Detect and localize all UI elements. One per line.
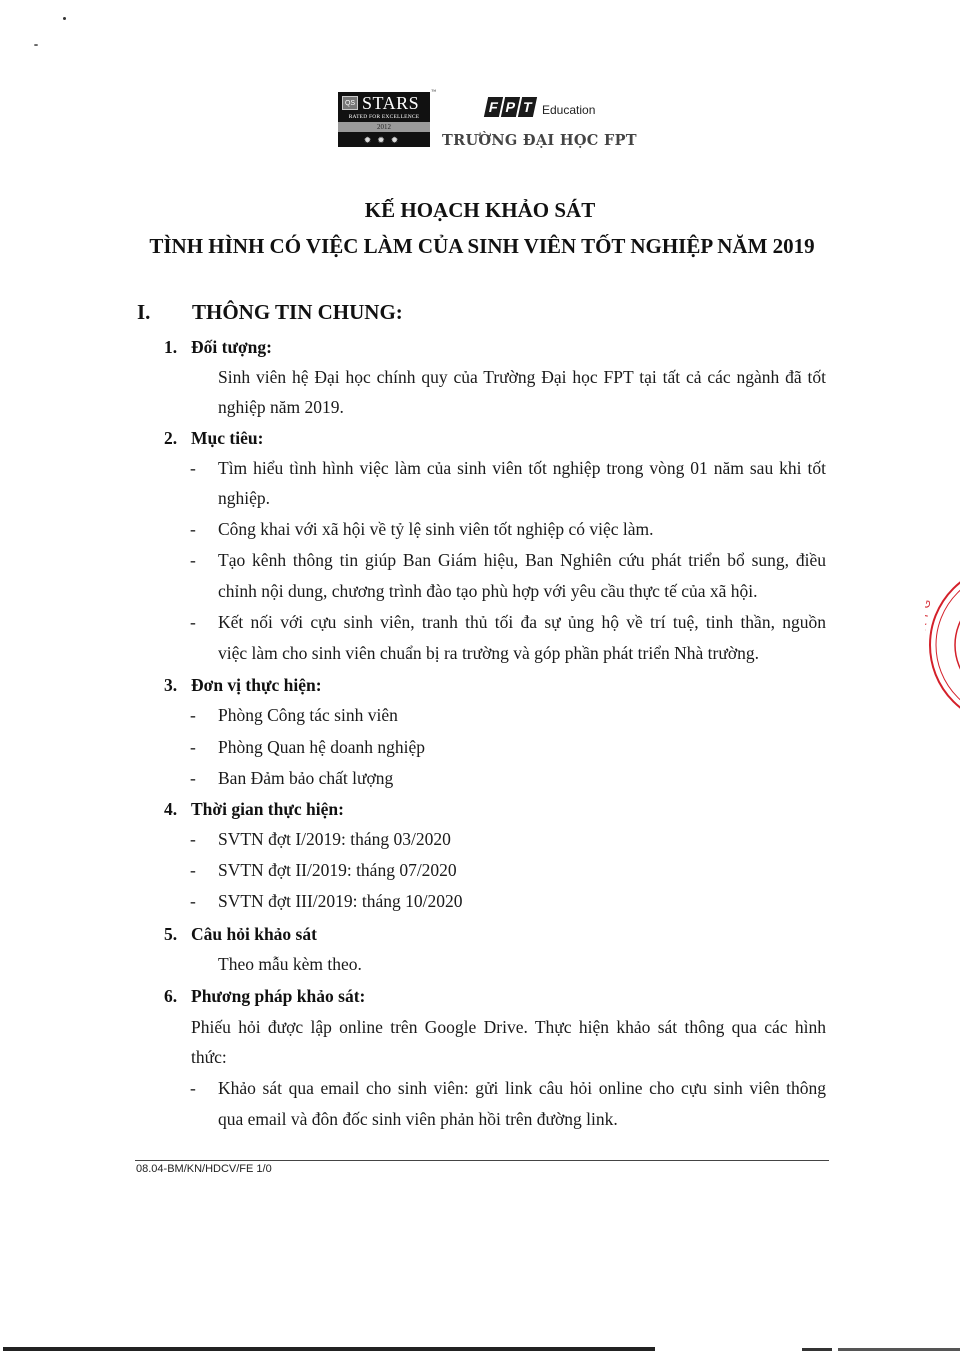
item-number: 1. — [164, 337, 177, 358]
bullet-text: Tìm hiểu tình hình việc làm của sinh viê… — [218, 458, 826, 479]
school-name: TRƯỜNG ĐẠI HỌC FPT — [442, 132, 637, 149]
scan-edge — [3, 1347, 655, 1351]
paragraph-line: Phiếu hỏi được lập online trên Google Dr… — [191, 1017, 826, 1038]
bullet-text: SVTN đợt II/2019: tháng 07/2020 — [218, 860, 457, 881]
official-seal-stamp: OÁIG — [925, 575, 960, 715]
bullet-dash: - — [190, 891, 196, 912]
bullet-text: Tạo kênh thông tin giúp Ban Giám hiệu, B… — [218, 550, 826, 571]
star-icons: ✹✹✹ — [338, 133, 430, 147]
bullet-dash: - — [190, 612, 196, 633]
bullet-dash: - — [190, 737, 196, 758]
bullet-text: Ban Đảm bảo chất lượng — [218, 768, 393, 789]
item-number: 6. — [164, 986, 177, 1007]
section-number: I. — [137, 300, 150, 325]
trademark-mark: ™ — [431, 90, 436, 95]
bullet-dash: - — [190, 829, 196, 850]
bullet-dash: - — [190, 705, 196, 726]
bullet-text: Phòng Công tác sinh viên — [218, 705, 398, 726]
bullet-dash: - — [190, 519, 196, 540]
item-heading-don-vi: Đơn vị thực hiện: — [191, 675, 322, 696]
item-heading-cau-hoi: Câu hỏi khảo sát — [191, 924, 317, 945]
section-heading: THÔNG TIN CHUNG: — [192, 300, 403, 325]
item-number: 4. — [164, 799, 177, 820]
item-heading-thoi-gian: Thời gian thực hiện: — [191, 799, 344, 820]
paragraph-line: thức: — [191, 1047, 227, 1068]
paragraph-line: nghiệp năm 2019. — [218, 397, 344, 418]
bullet-dash: - — [190, 1078, 196, 1099]
bullet-text: việc làm cho sinh viên chuẩn bị ra trườn… — [218, 643, 759, 664]
stars-year: 2012 — [338, 122, 430, 132]
education-label: Education — [542, 103, 595, 117]
bullet-dash: - — [190, 860, 196, 881]
bullet-text: Công khai với xã hội về tỷ lệ sinh viên … — [218, 519, 654, 540]
footer-divider — [135, 1160, 829, 1161]
fpt-education-logo: F P T Education — [486, 97, 595, 117]
document-title: KẾ HOẠCH KHẢO SÁT — [0, 198, 960, 223]
item-heading-doi-tuong: Đối tượng: — [191, 337, 272, 358]
bullet-text: nghiệp. — [218, 488, 270, 509]
form-code: 08.04-BM/KN/HDCV/FE 1/0 — [136, 1163, 272, 1175]
item-number: 3. — [164, 675, 177, 696]
stars-subtitle: RATED FOR EXCELLENCE — [338, 114, 430, 120]
fpt-letter: F — [484, 97, 503, 117]
document-subtitle: TÌNH HÌNH CÓ VIỆC LÀM CỦA SINH VIÊN TỐT … — [2, 234, 960, 259]
bullet-text: SVTN đợt III/2019: tháng 10/2020 — [218, 891, 463, 912]
fpt-letter: P — [501, 97, 520, 117]
bullet-text: chỉnh nội dung, chương trình đào tạo phù… — [218, 581, 758, 602]
item-number: 5. — [164, 924, 177, 945]
bullet-dash: - — [190, 768, 196, 789]
scan-speck — [34, 44, 38, 46]
stars-word: STARS — [362, 93, 419, 113]
bullet-text: Phòng Quan hệ doanh nghiệp — [218, 737, 425, 758]
bullet-text: SVTN đợt I/2019: tháng 03/2020 — [218, 829, 451, 850]
item-number: 2. — [164, 428, 177, 449]
bullet-text: Kết nối với cựu sinh viên, tranh thủ tối… — [218, 612, 826, 633]
qs-stars-logo: QS STARS RATED FOR EXCELLENCE 2012 ✹✹✹ — [338, 92, 430, 147]
item-heading-phuong-phap: Phương pháp khảo sát: — [191, 986, 365, 1007]
paragraph-line: Theo mẫu kèm theo. — [218, 954, 362, 975]
scan-speck — [63, 17, 66, 20]
qs-badge: QS — [342, 96, 358, 110]
paragraph-line: Sinh viên hệ Đại học chính quy của Trườn… — [218, 367, 826, 388]
bullet-dash: - — [190, 458, 196, 479]
fpt-letter: T — [518, 97, 537, 117]
bullet-dash: - — [190, 550, 196, 571]
item-heading-muc-tieu: Mục tiêu: — [191, 428, 263, 449]
bullet-text: qua email và đôn đốc sinh viên phản hồi … — [218, 1109, 618, 1130]
bullet-text: Khảo sát qua email cho sinh viên: gửi li… — [218, 1078, 826, 1099]
